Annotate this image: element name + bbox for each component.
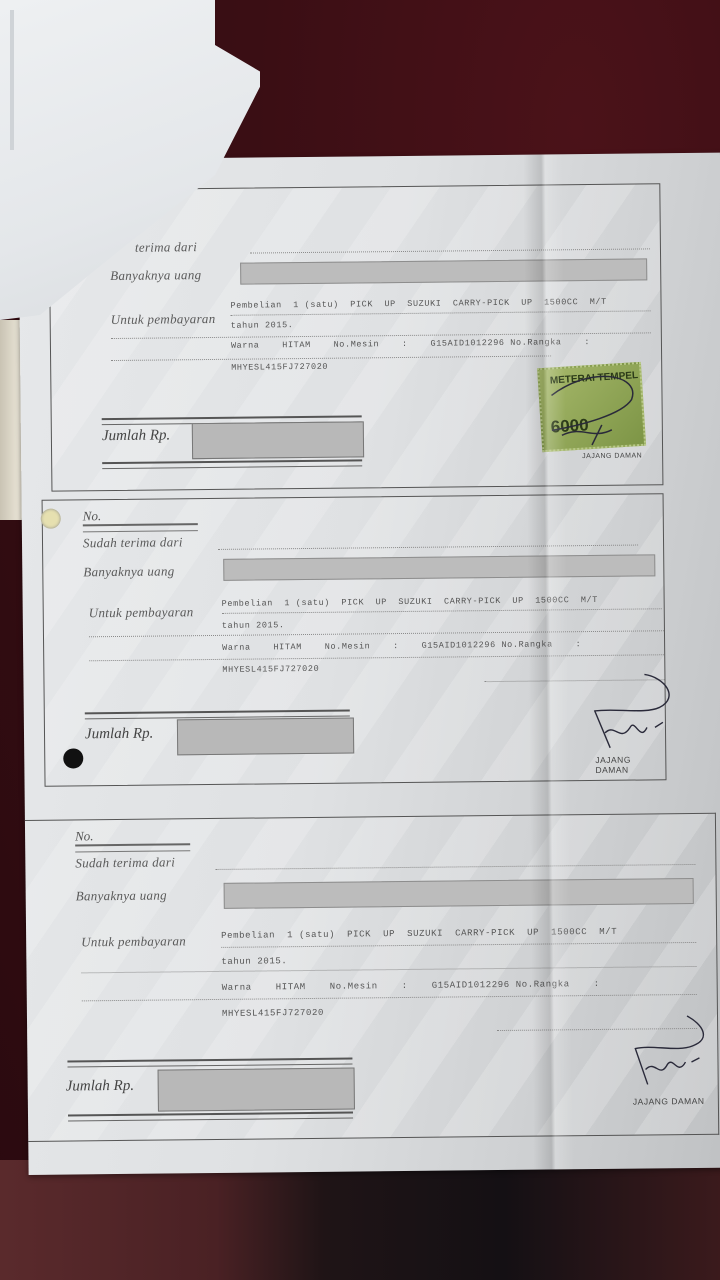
signer-name: JAJANG DAMAN xyxy=(595,754,665,775)
punch-hole xyxy=(63,748,83,768)
dotted-line xyxy=(89,654,664,661)
amount-words-box xyxy=(240,258,647,284)
amount-words-label: Banyaknya uang xyxy=(76,887,167,904)
amount-words-box xyxy=(223,554,655,581)
double-rule xyxy=(67,1058,352,1068)
payment-line-1: Pembelian 1 (satu) PICK UP SUZUKI CARRY-… xyxy=(230,297,606,311)
punch-hole xyxy=(41,509,61,529)
double-rule xyxy=(102,459,362,469)
dotted-line xyxy=(89,630,664,637)
payment-line-3: Warna HITAM No.Mesin : G15AID1012296 No.… xyxy=(222,639,581,653)
received-from-line xyxy=(250,248,650,253)
double-rule xyxy=(68,1112,353,1122)
received-from-label: Sudah terima dari xyxy=(75,854,175,871)
dotted-line xyxy=(222,608,662,614)
payment-line-4: MHYESL415FJ727020 xyxy=(222,1008,324,1019)
dotted-line xyxy=(221,942,696,948)
receipt-sheet: terima dari Banyaknya uang Untuk pembaya… xyxy=(18,153,720,1175)
for-payment-label: Untuk pembayaran xyxy=(111,311,216,328)
payment-line-3: Warna HITAM No.Mesin : G15AID1012296 No.… xyxy=(222,979,600,993)
total-amount-box xyxy=(158,1068,355,1112)
total-label: Jumlah Rp. xyxy=(66,1078,135,1096)
signature-scribble xyxy=(627,1014,718,1105)
total-label: Jumlah Rp. xyxy=(102,427,171,445)
amount-words-label: Banyaknya uang xyxy=(83,563,174,580)
faint-print xyxy=(10,10,14,150)
signer-name: JAJANG DAMAN xyxy=(582,452,642,460)
total-amount-box xyxy=(177,718,354,756)
received-from-line xyxy=(218,545,638,550)
payment-line-2: tahun 2015. xyxy=(221,956,287,967)
for-payment-label: Untuk pembayaran xyxy=(89,604,194,621)
payment-line-1: Pembelian 1 (satu) PICK UP SUZUKI CARRY-… xyxy=(221,927,617,941)
table-surface-lower xyxy=(0,1160,720,1280)
received-from-label: Sudah terima dari xyxy=(83,534,183,551)
dotted-line xyxy=(82,994,697,1001)
receipt-2: No. Sudah terima dari Banyaknya uang Unt… xyxy=(42,493,667,786)
total-label: Jumlah Rp. xyxy=(85,726,154,744)
dotted-line xyxy=(82,966,697,973)
payment-line-1: Pembelian 1 (satu) PICK UP SUZUKI CARRY-… xyxy=(222,595,598,609)
payment-line-2: tahun 2015. xyxy=(222,620,285,631)
dotted-line xyxy=(111,355,551,361)
payment-line-4: MHYESL415FJ727020 xyxy=(231,362,328,373)
amount-words-label: Banyaknya uang xyxy=(110,267,201,284)
payment-line-4: MHYESL415FJ727020 xyxy=(222,664,319,675)
received-from-label: terima dari xyxy=(135,239,197,256)
amount-words-box xyxy=(224,878,694,909)
payment-line-2: tahun 2015. xyxy=(231,320,294,331)
for-payment-label: Untuk pembayaran xyxy=(81,933,186,950)
dotted-line xyxy=(231,310,651,315)
payment-line-3: Warna HITAM No.Mesin : G15AID1012296 No.… xyxy=(231,337,590,351)
receipt-3: No. Sudah terima dari Banyaknya uang Unt… xyxy=(25,813,719,1142)
signer-name: JAJANG DAMAN xyxy=(633,1096,705,1107)
receipt-number-label: No. xyxy=(75,828,94,844)
number-rule xyxy=(83,523,198,532)
signature-scribble xyxy=(531,354,652,465)
receipt-number-label: No. xyxy=(83,508,102,524)
signature-scribble xyxy=(584,672,685,763)
received-from-line xyxy=(215,864,695,870)
total-amount-box xyxy=(192,421,364,459)
number-rule xyxy=(75,843,190,852)
